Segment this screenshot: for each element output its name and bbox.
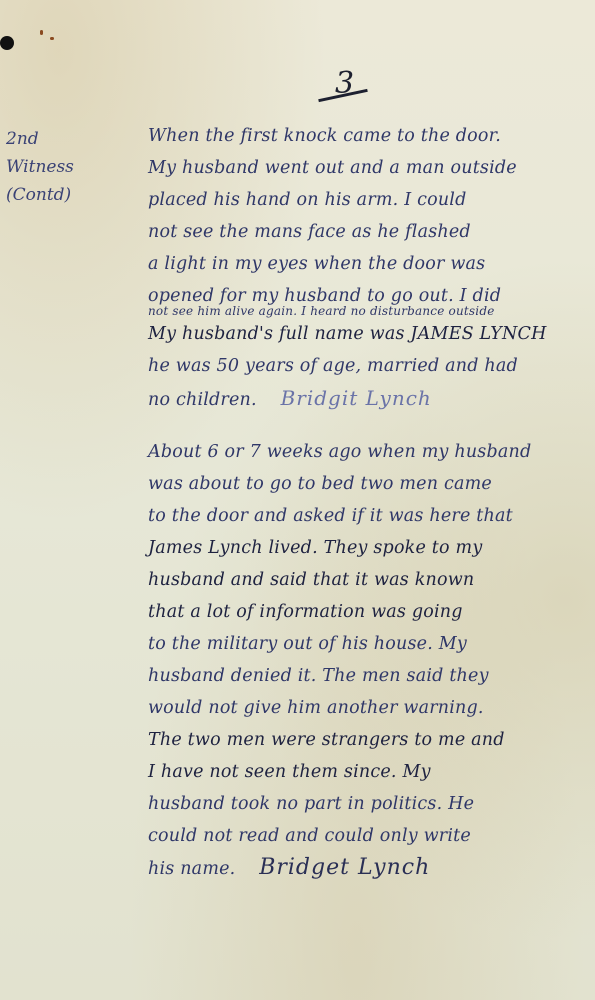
text-line: The two men were strangers to me and bbox=[148, 724, 588, 756]
text-line: About 6 or 7 weeks ago when my husband bbox=[148, 436, 588, 468]
text-line: placed his hand on his arm. I could bbox=[148, 184, 588, 216]
text-line: When the first knock came to the door. bbox=[148, 120, 588, 152]
handwritten-statement: When the first knock came to the door. M… bbox=[148, 120, 588, 884]
text-line: James Lynch lived. They spoke to my bbox=[148, 532, 588, 564]
text-line: could not read and could only write bbox=[148, 820, 588, 852]
paragraph-gap bbox=[148, 414, 588, 436]
text-line: was about to go to bed two men came bbox=[148, 468, 588, 500]
text-line: his name. Bridget Lynch bbox=[148, 852, 588, 884]
text-line: no children. Bridgit Lynch bbox=[148, 382, 588, 414]
text-line: husband denied it. The men said they bbox=[148, 660, 588, 692]
margin-note-witness: 2nd Witness bbox=[6, 125, 96, 181]
text-line: he was 50 years of age, married and had bbox=[148, 350, 588, 382]
text-line: that a lot of information was going bbox=[148, 596, 588, 628]
text-line: to the military out of his house. My bbox=[148, 628, 588, 660]
text-line: would not give him another warning. bbox=[148, 692, 588, 724]
text-line: I have not seen them since. My bbox=[148, 756, 588, 788]
text-line: My husband went out and a man outside bbox=[148, 152, 588, 184]
text-line: husband took no part in politics. He bbox=[148, 788, 588, 820]
rust-stain bbox=[40, 30, 43, 35]
margin-note-contd: (Contd) bbox=[6, 181, 96, 209]
text-line: not see the mans face as he flashed bbox=[148, 216, 588, 248]
text-fragment: his name. bbox=[148, 859, 235, 879]
signature-final: Bridget Lynch bbox=[259, 855, 430, 880]
signature-first: Bridgit Lynch bbox=[281, 386, 432, 410]
punch-hole bbox=[0, 36, 14, 50]
text-line: to the door and asked if it was here tha… bbox=[148, 500, 588, 532]
text-fragment: no children. bbox=[148, 390, 257, 410]
inserted-line: not see him alive again. I heard no dist… bbox=[148, 304, 588, 318]
document-page: 3 2nd Witness (Contd) When the first kno… bbox=[0, 0, 595, 1000]
margin-note: 2nd Witness (Contd) bbox=[6, 125, 96, 209]
text-line: a light in my eyes when the door was bbox=[148, 248, 588, 280]
rust-stain bbox=[50, 37, 54, 40]
text-line: husband and said that it was known bbox=[148, 564, 588, 596]
text-line: My husband's full name was JAMES LYNCH bbox=[148, 318, 588, 350]
